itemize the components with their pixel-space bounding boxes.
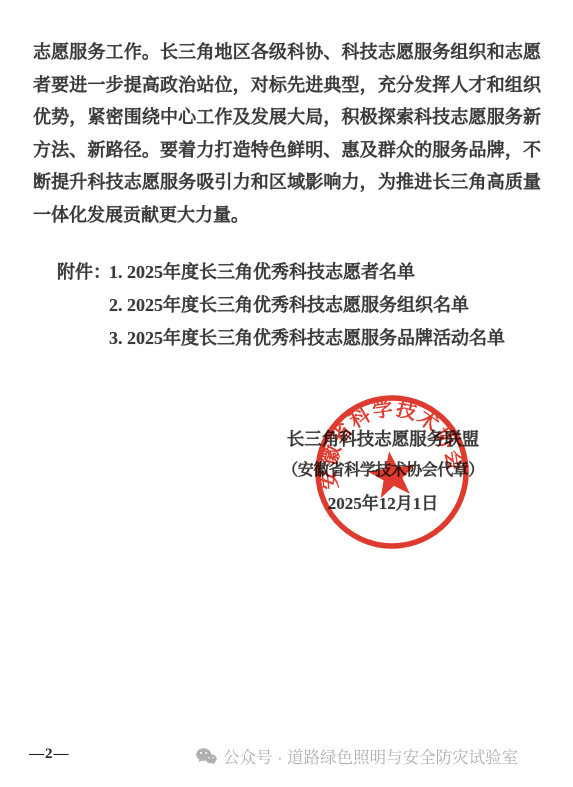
body-line: 志愿服务工作。长三角地区各级科协、科技志愿服务组织和志愿 [33, 36, 541, 69]
watermark-text: 公众号 · 道路绿色照明与安全防灾试验室 [223, 744, 518, 768]
signature-org: 长三角科技志愿服务联盟 [230, 424, 536, 455]
body-line: 方法、新路径。要着力打造特色鲜明、惠及群众的服务品牌，不 [33, 134, 541, 167]
watermark: 公众号 · 道路绿色照明与安全防灾试验室 [195, 744, 518, 768]
signature-block: 长三角科技志愿服务联盟 （安徽省科学技术协会代章） 2025年12月1日 [230, 424, 536, 519]
signature-date: 2025年12月1日 [230, 486, 536, 519]
attachment-item: 2. 2025年度长三角优秀科技志愿服务组织名单 [109, 295, 469, 315]
body-line: 优势，紧密围绕中心工作及发展大局，积极探索科技志愿服务新 [33, 101, 541, 134]
body-line: 断提升科技志愿服务吸引力和区域影响力，为推进长三角高质量 [33, 166, 541, 199]
attachment-row: 2. 2025年度长三角优秀科技志愿服务组织名单 [57, 289, 537, 322]
attachments-section: 附件：1. 2025年度长三角优秀科技志愿者名单 2. 2025年度长三角优秀科… [57, 256, 537, 355]
body-line: 一体化发展贡献更大力量。 [33, 199, 541, 232]
page-number: —2— [29, 746, 70, 763]
attachment-item: 1. 2025年度长三角优秀科技志愿者名单 [109, 262, 415, 282]
signature-note: （安徽省科学技术协会代章） [230, 455, 536, 486]
body-line: 者要进一步提高政治站位，对标先进典型，充分发挥人才和组织 [33, 69, 541, 102]
document-page: 志愿服务工作。长三角地区各级科协、科技志愿服务组织和志愿 者要进一步提高政治站位… [0, 0, 573, 787]
body-paragraph: 志愿服务工作。长三角地区各级科协、科技志愿服务组织和志愿 者要进一步提高政治站位… [33, 36, 541, 231]
attachment-row: 3. 2025年度长三角优秀科技志愿服务品牌活动名单 [57, 322, 537, 355]
attachment-item: 3. 2025年度长三角优秀科技志愿服务品牌活动名单 [109, 328, 505, 348]
attachments-label: 附件： [57, 256, 109, 289]
wechat-icon [195, 747, 217, 766]
attachment-row: 附件：1. 2025年度长三角优秀科技志愿者名单 [57, 256, 537, 289]
